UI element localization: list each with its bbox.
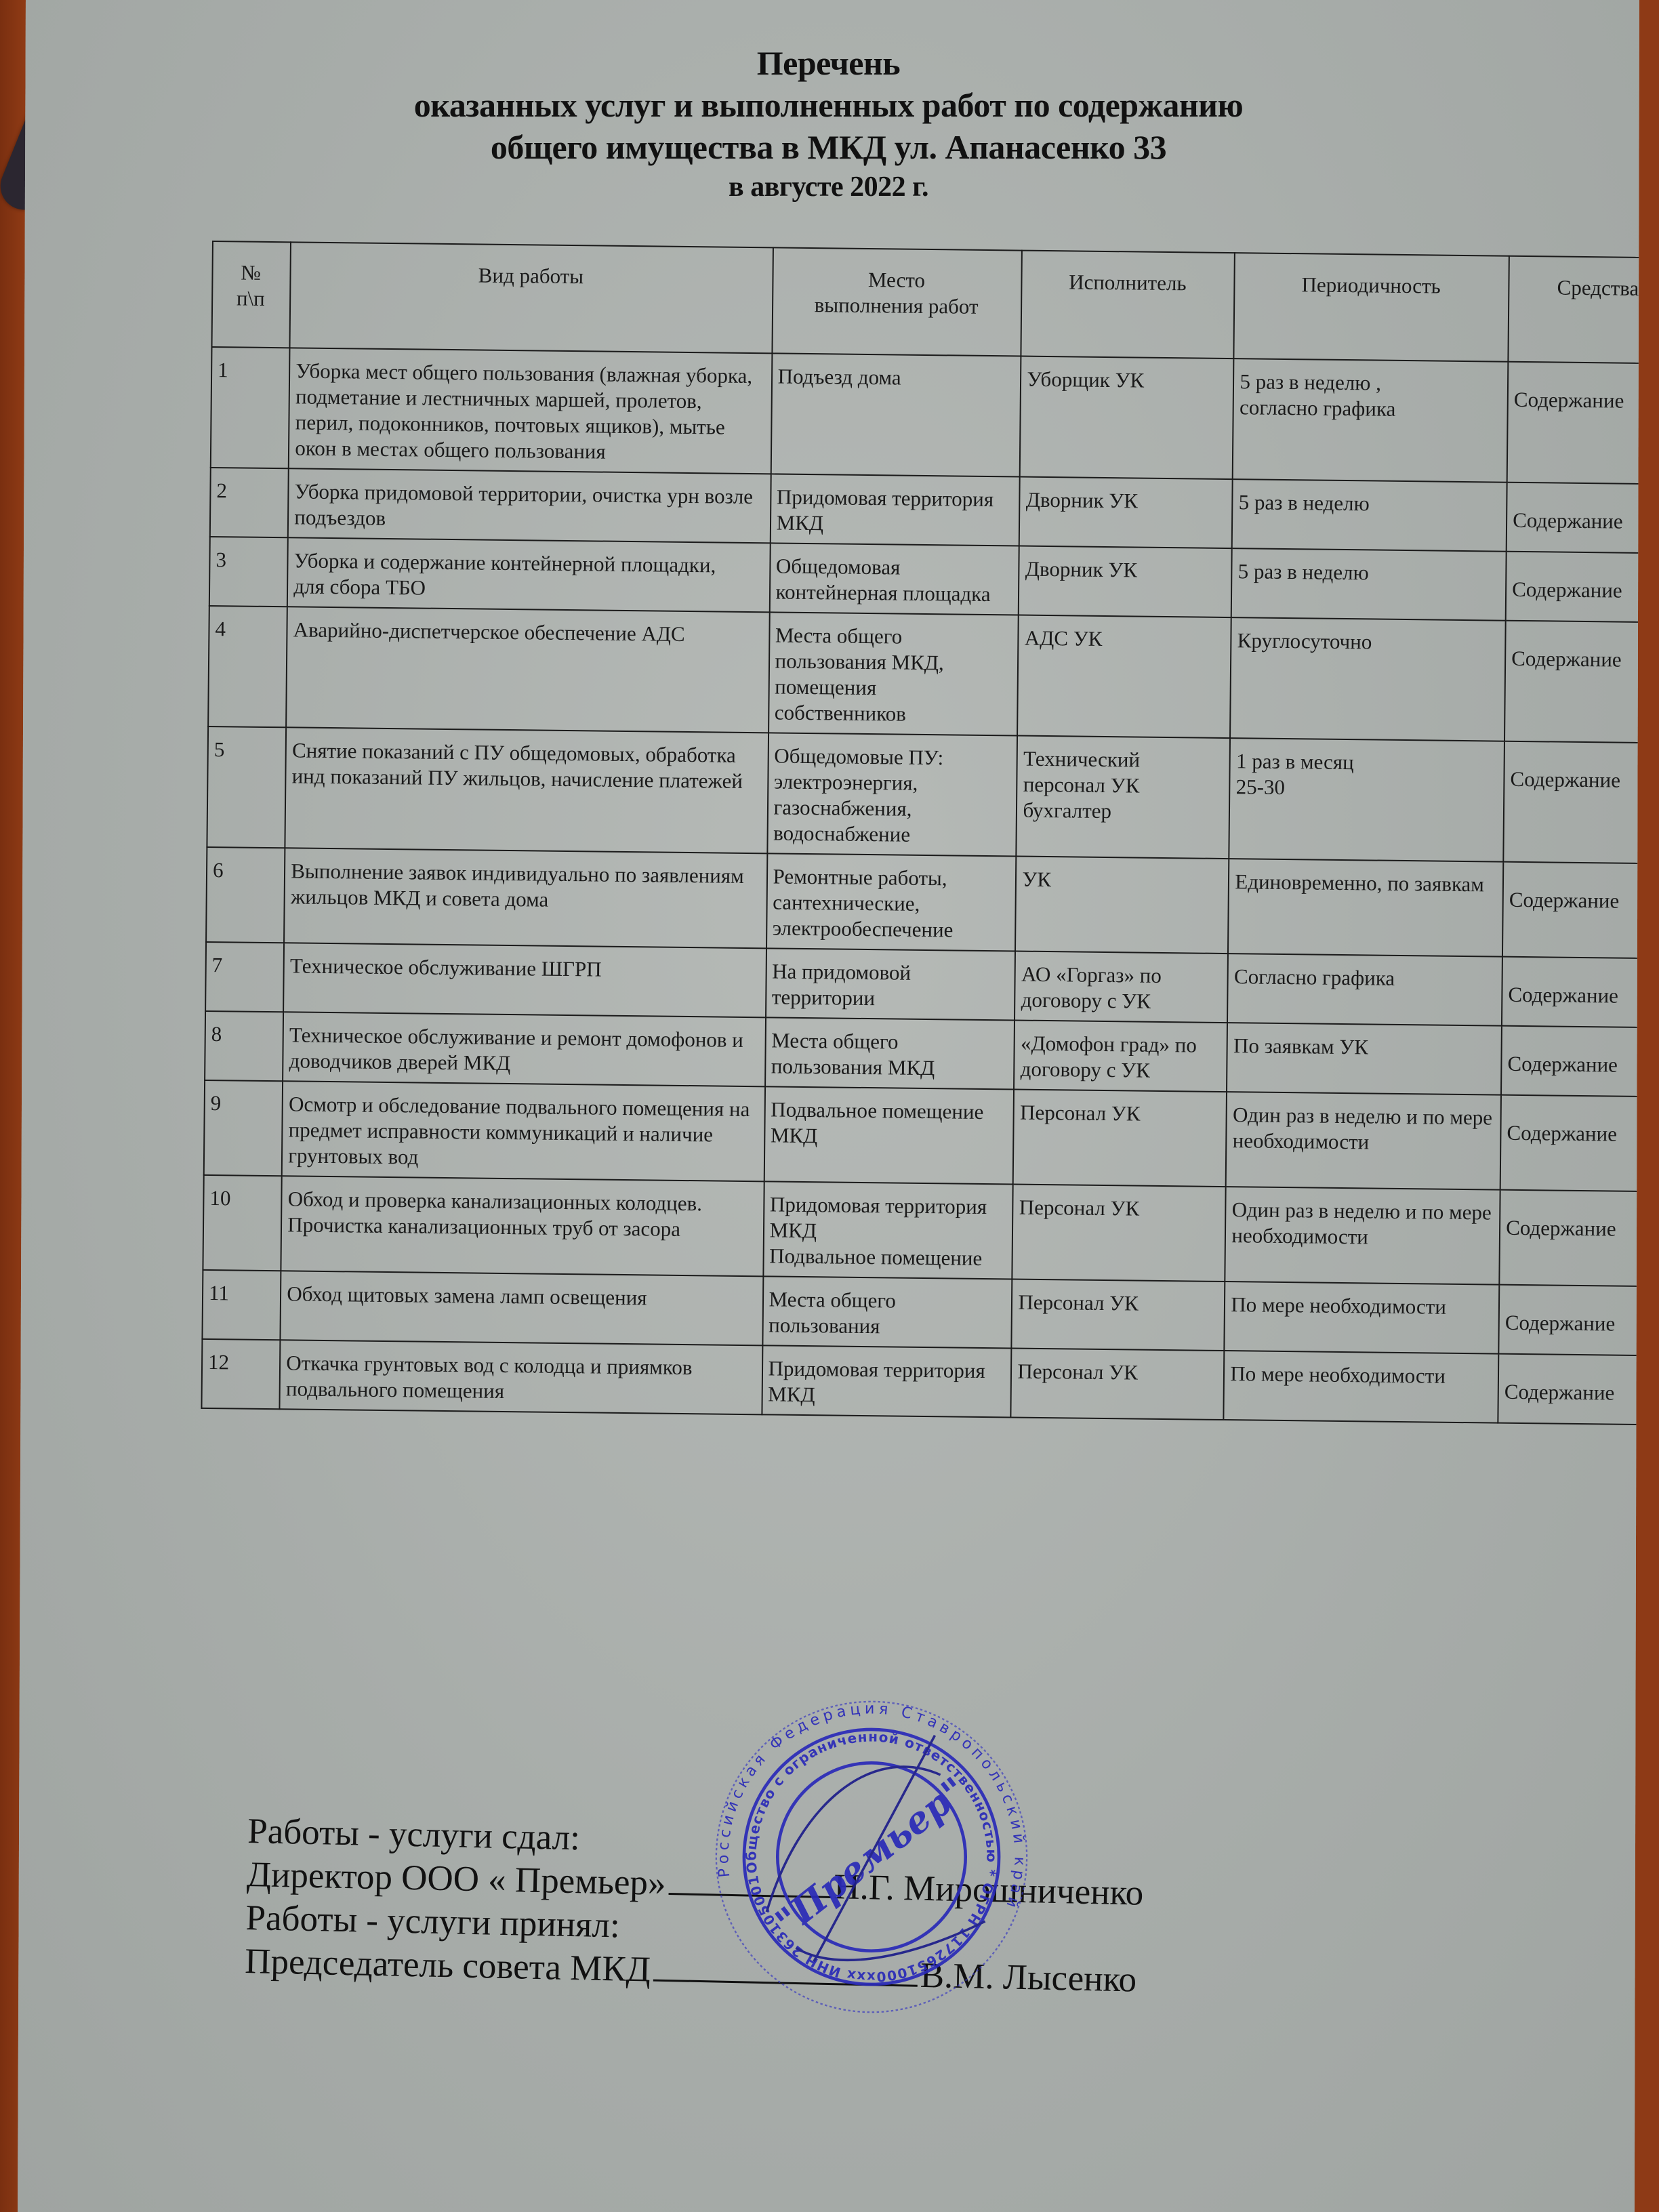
- cell-periodicity: Единовременно, по заявкам: [1228, 859, 1503, 957]
- cell-num: 12: [201, 1339, 280, 1409]
- cell-num: 11: [202, 1270, 281, 1340]
- cell-work: Осмотр и обследование подвального помеще…: [282, 1081, 765, 1181]
- cell-place: Общедомовая контейнерная площадка: [769, 543, 1019, 615]
- cell-funds: Содержание: [1504, 621, 1659, 743]
- cell-executor: Персонал УК: [1012, 1184, 1226, 1282]
- document-subtitle-line-1: оказанных услуг и выполненных работ по с…: [18, 84, 1639, 126]
- table-row: 9Осмотр и обследование подвального помещ…: [204, 1080, 1659, 1192]
- cell-place: Места общего пользования: [762, 1276, 1012, 1348]
- cell-funds: Содержание: [1501, 1026, 1659, 1097]
- cell-num: 3: [209, 537, 288, 607]
- cell-place: Подъезд дома: [771, 353, 1021, 476]
- cell-periodicity: 5 раз в неделю , согласно графика: [1233, 359, 1508, 483]
- header-executor: Исполнитель: [1021, 251, 1235, 359]
- cell-funds: Содержание: [1503, 741, 1659, 864]
- header-place: Место выполнения работ: [772, 247, 1022, 356]
- cell-place: Общедомовые ПУ: электроэнергия, газоснаб…: [767, 733, 1018, 856]
- cell-place: Ремонтные работы, сантехнические, электр…: [766, 853, 1017, 951]
- cell-work: Обход и проверка канализационных колодце…: [281, 1176, 764, 1276]
- cell-funds: Содержание: [1500, 1095, 1659, 1192]
- document-subtitle-line-2: общего имущества в МКД ул. Апанасенко 33: [18, 126, 1639, 168]
- cell-executor: Дворник УК: [1019, 546, 1232, 618]
- cell-num: 6: [206, 847, 285, 943]
- cell-funds: Содержание: [1506, 552, 1659, 623]
- director-label: Директор ООО « Премьер»: [246, 1855, 666, 1903]
- cell-place: Места общего пользования МКД, помещения …: [769, 612, 1019, 735]
- services-table: № п\п Вид работы Место выполнения работ …: [201, 241, 1659, 1426]
- cell-executor: АДС УК: [1017, 615, 1231, 739]
- cell-work: Техническое обслуживание ШГРП: [283, 943, 766, 1017]
- cell-executor: Технический персонал УК бухгалтер: [1017, 736, 1231, 859]
- cell-work: Уборка и содержание контейнерной площадк…: [287, 537, 770, 612]
- cell-num: 9: [204, 1080, 283, 1176]
- cell-executor: Персонал УК: [1012, 1279, 1225, 1351]
- cell-funds: Содержание: [1502, 957, 1659, 1028]
- cell-num: 8: [205, 1011, 283, 1081]
- cell-num: 5: [207, 726, 286, 848]
- table-row: 10Обход и проверка канализационных колод…: [203, 1175, 1659, 1287]
- cell-work: Техническое обслуживание и ремонт домофо…: [283, 1012, 765, 1086]
- header-periodicity: Периодичность: [1234, 253, 1509, 362]
- cell-work: Снятие показаний с ПУ общедомовых, обраб…: [285, 727, 769, 853]
- cell-periodicity: 1 раз в месяц 25-30: [1229, 738, 1504, 862]
- cell-periodicity: 5 раз в неделю: [1231, 548, 1507, 621]
- cell-periodicity: По мере необходимости: [1225, 1282, 1500, 1354]
- cell-periodicity: По заявкам УК: [1227, 1023, 1502, 1095]
- cell-executor: УК: [1015, 857, 1229, 954]
- cell-periodicity: Один раз в неделю и по мере необходимост…: [1225, 1187, 1500, 1285]
- cell-funds: Содержание: [1507, 483, 1659, 554]
- cell-place: На придомовой территории: [766, 948, 1016, 1020]
- cell-periodicity: Круглосуточно: [1230, 617, 1505, 741]
- cell-place: Места общего пользования МКД: [765, 1017, 1015, 1089]
- chairman-label: Председатель совета МКД: [245, 1942, 651, 1990]
- cell-executor: Дворник УК: [1019, 477, 1233, 549]
- table-row: 4Аварийно-диспетчерское обеспечение АДСМ…: [208, 606, 1659, 743]
- cell-executor: «Домофон град» по договору с УК: [1014, 1021, 1227, 1092]
- cell-num: 10: [203, 1175, 282, 1271]
- cell-place: Придомовая территория МКД: [762, 1345, 1012, 1417]
- header-work: Вид работы: [290, 242, 773, 353]
- document-title: Перечень: [18, 42, 1639, 84]
- cell-num: 1: [211, 347, 290, 468]
- table-row: 1Уборка мест общего пользования (влажная…: [211, 347, 1659, 485]
- cell-place: Придомовая территория МКД Подвальное пом…: [763, 1181, 1013, 1279]
- table-row: 6Выполнение заявок индивидуально по заяв…: [206, 847, 1659, 959]
- cell-funds: Содержание: [1502, 862, 1659, 959]
- cell-place: Придомовая территория МКД: [770, 474, 1020, 546]
- company-stamp: Российская Федерация Ставропольский край…: [692, 1677, 1052, 2037]
- cell-work: Уборка придомовой территории, очистка ур…: [288, 468, 771, 543]
- cell-funds: Содержание: [1507, 362, 1659, 485]
- cell-periodicity: 5 раз в неделю: [1232, 479, 1507, 552]
- cell-place: Подвальное помещение МКД: [764, 1086, 1014, 1184]
- cell-executor: Персонал УК: [1011, 1348, 1225, 1420]
- table-body: 1Уборка мест общего пользования (влажная…: [201, 347, 1659, 1425]
- document-header: Перечень оказанных услуг и выполненных р…: [18, 42, 1639, 206]
- cell-funds: Содержание: [1499, 1190, 1659, 1287]
- cell-work: Выполнение заявок индивидуально по заявл…: [284, 848, 767, 948]
- stamp-seal-icon: Российская Федерация Ставропольский край…: [692, 1677, 1052, 2037]
- cell-work: Аварийно-диспетчерское обеспечение АДС: [286, 607, 769, 733]
- cell-num: 2: [210, 468, 289, 537]
- header-funds: Средства: [1508, 256, 1659, 364]
- cell-funds: Содержание: [1498, 1354, 1659, 1425]
- cell-num: 4: [208, 606, 287, 727]
- cell-executor: Персонал УК: [1013, 1090, 1227, 1187]
- cell-num: 7: [205, 942, 284, 1012]
- cell-work: Обход щитовых замена ламп освещения: [281, 1271, 763, 1345]
- cell-periodicity: Один раз в неделю и по мере необходимост…: [1226, 1092, 1501, 1190]
- document-page: Перечень оказанных услуг и выполненных р…: [18, 0, 1639, 2212]
- cell-periodicity: Согласно графика: [1227, 954, 1502, 1026]
- cell-executor: АО «Горгаз» по договору с УК: [1015, 951, 1228, 1023]
- cell-periodicity: По мере необходимости: [1224, 1351, 1499, 1423]
- cell-work: Уборка мест общего пользования (влажная …: [289, 348, 772, 474]
- cell-work: Откачка грунтовых вод с колодца и приямк…: [280, 1340, 762, 1414]
- cell-executor: Уборщик УК: [1020, 356, 1234, 480]
- header-num: № п\п: [211, 241, 291, 348]
- document-period: в августе 2022 г.: [18, 168, 1639, 206]
- table-header-row: № п\п Вид работы Место выполнения работ …: [211, 241, 1659, 364]
- cell-funds: Содержание: [1498, 1285, 1659, 1356]
- table-row: 5Снятие показаний с ПУ общедомовых, обра…: [207, 726, 1659, 864]
